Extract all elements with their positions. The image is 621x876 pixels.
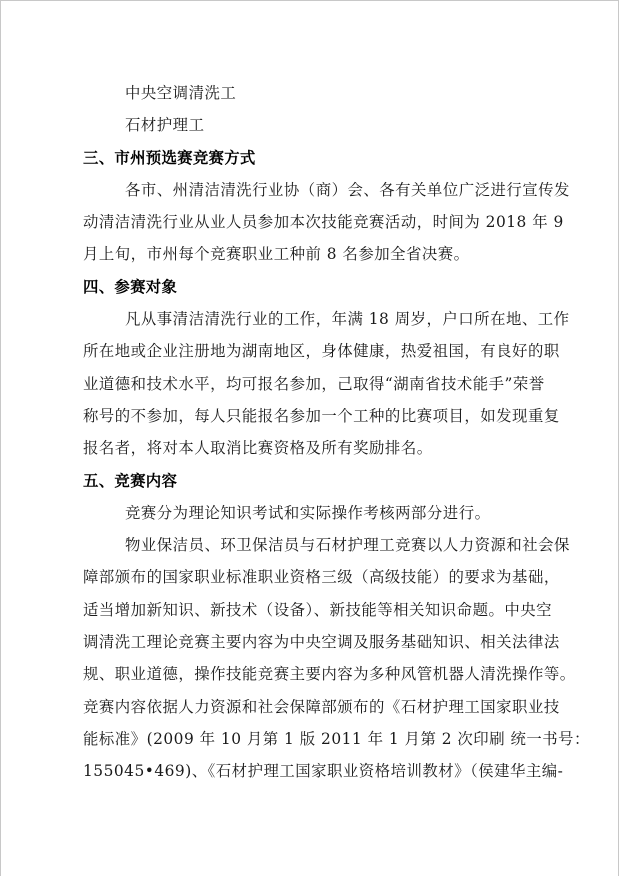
paragraph-line: 能标准》(2009 年 10 月第 1 版 2011 年 1 月第 2 次印刷 … xyxy=(83,723,527,755)
paragraph-line: 竞赛分为理论知识考试和实际操作考核两部分进行。 xyxy=(83,497,529,529)
document-page: 中央空调清洗工 石材护理工 三、市州预选赛竞赛方式 各市、州清洁清洗行业协（商）… xyxy=(0,0,619,876)
paragraph-line: 动清洁清洗行业从业人员参加本次技能竞赛活动，时间为 2018 年 9 xyxy=(83,206,527,238)
paragraph-line: 调清洗工理论竞赛主要内容为中央空调及服务基础知识、相关法律法 xyxy=(83,626,527,658)
paragraph-line: 月上旬，市州每个竞赛职业工种前 8 名参加全省决赛。 xyxy=(83,238,529,270)
paragraph-line: 所在地或企业注册地为湖南地区，身体健康，热爱祖国，有良好的职 xyxy=(83,335,527,367)
paragraph-line: 适当增加新知识、新技术（设备）、新技能等相关知识命题。中央空 xyxy=(83,594,527,626)
section-heading: 四、参赛对象 xyxy=(83,271,529,303)
paragraph-line: 规、职业道德，操作技能竞赛主要内容为多种风管机器人清洗操作等。 xyxy=(83,658,527,690)
paragraph-line: 各市、州清洁清洗行业协（商）会、各有关单位广泛进行宣传发 xyxy=(83,174,527,206)
paragraph-line: 称号的不参加，每人只能报名参加一个工种的比赛项目，如发现重复 xyxy=(83,400,527,432)
paragraph-line: 障部颁布的国家职业标准职业资格三级（高级技能）的要求为基础， xyxy=(83,561,527,593)
section-heading: 三、市州预选赛竞赛方式 xyxy=(83,142,529,174)
paragraph-line: 155045•469)、《石材护理工国家职业资格培训教材》（侯建华主编- xyxy=(83,755,527,787)
section-heading: 五、竞赛内容 xyxy=(83,465,529,497)
paragraph-line: 报名者，将对本人取消比赛资格及所有奖励排名。 xyxy=(83,432,529,464)
paragraph-line: 物业保洁员、环卫保洁员与石材护理工竞赛以人力资源和社会保 xyxy=(83,529,527,561)
list-item: 石材护理工 xyxy=(83,109,529,141)
paragraph-line: 凡从事清洁清洗行业的工作，年满 18 周岁，户口所在地、工作 xyxy=(83,303,527,335)
document-content: 中央空调清洗工 石材护理工 三、市州预选赛竞赛方式 各市、州清洁清洗行业协（商）… xyxy=(83,77,529,788)
list-item: 中央空调清洗工 xyxy=(83,77,529,109)
paragraph-line: 业道德和技术水平，均可报名参加，己取得“湖南省技术能手”荣誉 xyxy=(83,368,527,400)
paragraph-line: 竞赛内容依据人力资源和社会保障部颁布的《石材护理工国家职业技 xyxy=(83,691,527,723)
